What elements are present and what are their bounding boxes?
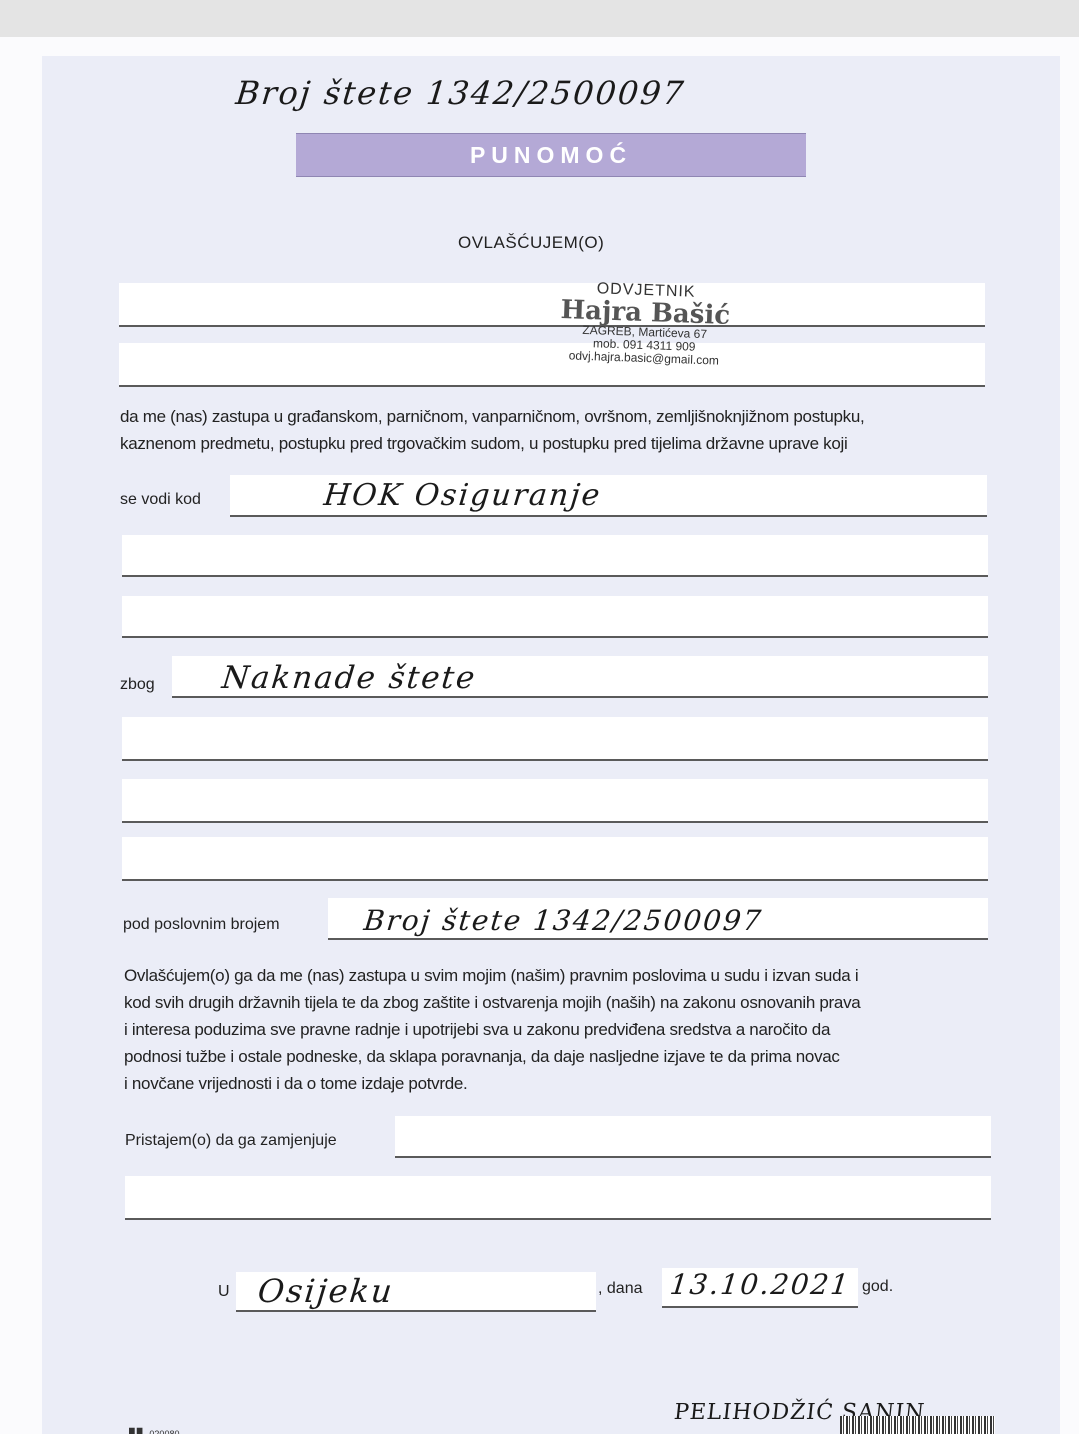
scope-line: da me (nas) zastupa u građanskom, parnič… <box>120 404 1000 431</box>
document-title-banner: PUNOMOĆ <box>296 133 806 177</box>
authorization-line: kod svih drugih državnih tijela te da zb… <box>124 989 1004 1016</box>
authorization-line: i interesa poduzima sve pravne radnje i … <box>124 1016 1004 1043</box>
mjesto-label: U <box>218 1283 230 1301</box>
blank-line-4[interactable] <box>122 779 988 823</box>
blank-line-3[interactable] <box>122 717 988 761</box>
se-vodi-kod-label: se vodi kod <box>120 491 201 509</box>
mjesto-value: Osijeku <box>256 1272 396 1310</box>
blank-line-1[interactable] <box>122 535 988 577</box>
datum-label: , dana <box>598 1280 642 1298</box>
handwritten-header: Broj štete 1342/2500097 <box>234 74 687 112</box>
barcode <box>840 1416 995 1434</box>
document-title: PUNOMOĆ <box>470 142 632 169</box>
lawyer-stamp: ODVJETNIK Hajra Bašić ZAGREB, Martićeva … <box>529 278 762 369</box>
authorization-line: i novčane vrijednosti i da o tome izdaje… <box>124 1070 1004 1097</box>
pod-poslovnim-brojem-value: Broj štete 1342/2500097 <box>362 904 764 937</box>
footer-mark: ▮▮020080 <box>128 1424 179 1434</box>
authorization-line: podnosi tužbe i ostale podneske, da skla… <box>124 1043 1004 1070</box>
blank-line-5[interactable] <box>122 837 988 881</box>
authorization-line: Ovlašćujem(o) ga da me (nas) zastupa u s… <box>124 962 1004 989</box>
scope-line: kaznenom predmetu, postupku pred trgovač… <box>120 431 1000 458</box>
blank-line-2[interactable] <box>122 596 988 638</box>
pristajem-field[interactable] <box>395 1116 991 1158</box>
datum-value: 13.10.2021 <box>668 1268 852 1301</box>
scope-paragraph: da me (nas) zastupa u građanskom, parnič… <box>120 404 1000 457</box>
ovlascujem-heading: OVLAŠĆUJEM(O) <box>458 233 604 253</box>
god-label: god. <box>862 1278 893 1296</box>
pristajem-field-2[interactable] <box>125 1176 991 1220</box>
se-vodi-kod-value: HOK Osiguranje <box>322 478 603 513</box>
pod-poslovnim-brojem-label: pod poslovnim brojem <box>123 916 280 934</box>
zbog-value: Naknade štete <box>220 660 478 696</box>
top-bar <box>0 0 1079 37</box>
zbog-label: zbog <box>120 676 155 694</box>
pristajem-label: Pristajem(o) da ga zamjenjuje <box>125 1132 337 1150</box>
footer-code: 020080 <box>149 1429 179 1434</box>
authorization-paragraph: Ovlašćujem(o) ga da me (nas) zastupa u s… <box>124 962 1004 1097</box>
